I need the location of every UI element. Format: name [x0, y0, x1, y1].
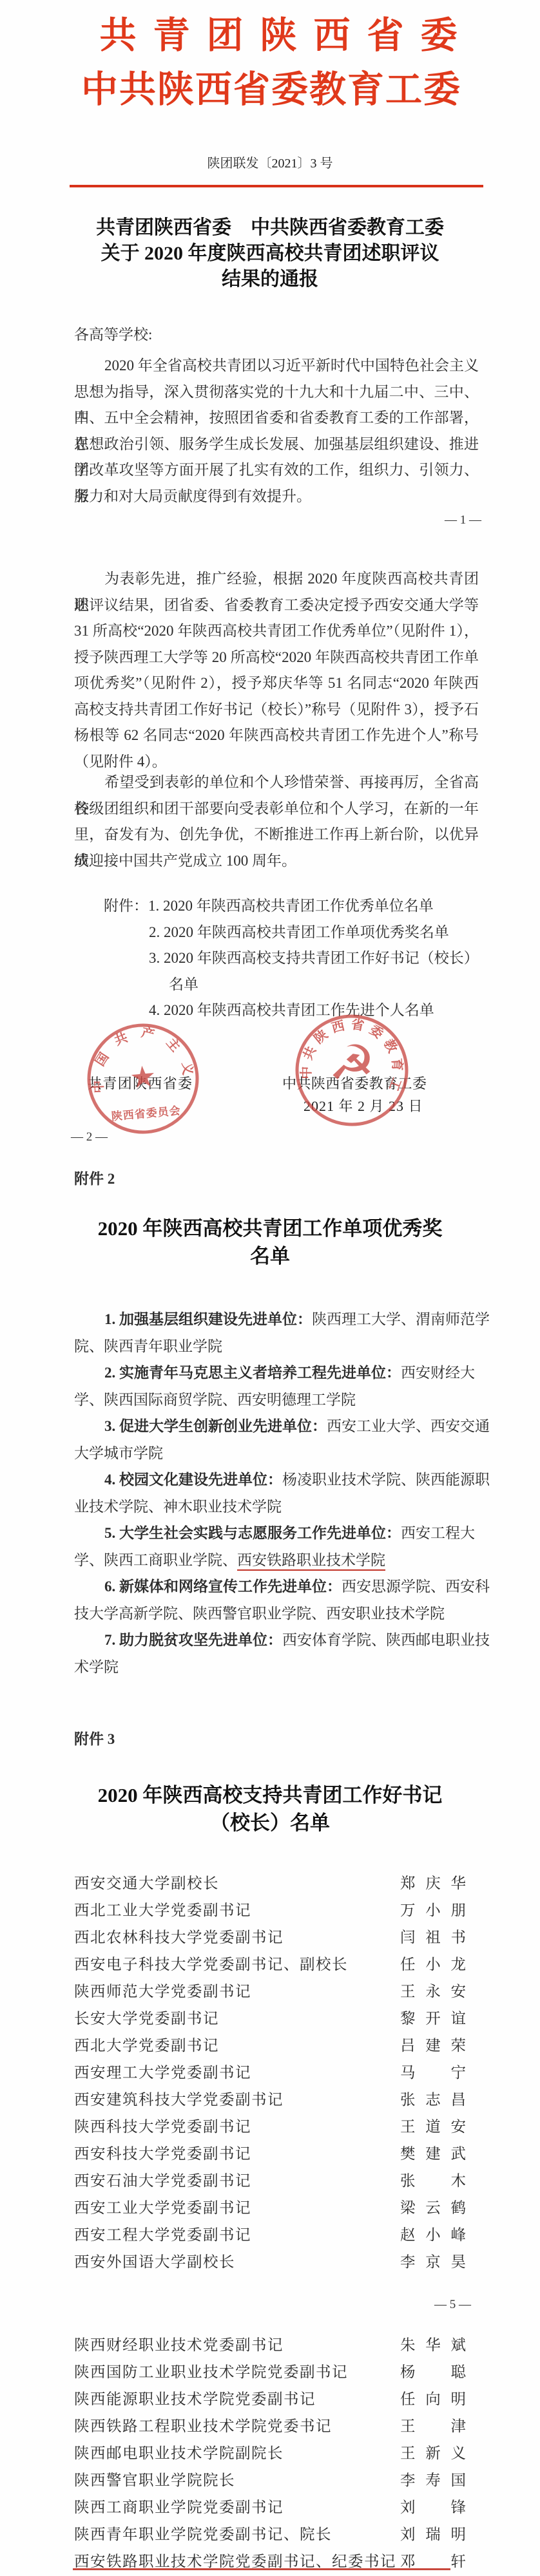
body-line: 各级团组织和团干部要向受表彰单位和个人学习，在新的一年 [74, 796, 479, 822]
school-names: 西安体育学院、陕西邮电职业技 [282, 1632, 490, 1648]
roster-position-title: 陕西青年职业学院党委副书记、院长 [74, 2521, 332, 2548]
notice-title-line1: 共青团陕西省委 中共陕西省委教育工委 [68, 215, 472, 241]
annex3-label: 附件 3 [74, 1730, 115, 1749]
roster-person-name: 刘 锋 [400, 2494, 466, 2521]
school-names: 学、陕西国际商贸学院、西安明德理工学院 [74, 1392, 356, 1408]
paragraph-3: 希望受到表彰的单位和个人珍惜荣誉、再接再厉，全省高校各级团组织和团干部要向受表彰… [74, 770, 479, 874]
roster-position-title: 陕西工商职业学院党委副书记 [74, 2494, 284, 2521]
roster-row: 西安交通大学副校长郑庆华 [74, 1870, 466, 1897]
roster-row: 陕西警官职业学院院长李寿国 [74, 2467, 466, 2494]
roster-position-title: 西安工程大学党委副书记 [74, 2222, 251, 2249]
body-line: 希望受到表彰的单位和个人珍惜荣誉、再接再厉，全省高校 [74, 770, 479, 796]
roster-row: 西安电子科技大学党委副书记、副校长任小龙 [74, 1951, 466, 1978]
roster-row: 西北工业大学党委副书记万小朋 [74, 1897, 466, 1924]
roster-row: 陕西铁路工程职业技术学院党委书记王 津 [74, 2413, 466, 2440]
roster-position-title: 长安大学党委副书记 [74, 2005, 219, 2032]
roster-row: 陕西工商职业学院党委副书记刘 锋 [74, 2494, 466, 2521]
notice-title-line3: 结果的通报 [68, 267, 472, 292]
roster-person-name: 郑庆华 [400, 1870, 466, 1897]
roster-position-title: 西北工业大学党委副书记 [74, 1897, 251, 1924]
roster-person-name: 黎开谊 [400, 2005, 466, 2032]
annex2-item-line: 4. 校园文化建设先进单位：杨凌职业技术学院、陕西能源职 [74, 1466, 479, 1493]
roster-position-title: 陕西师范大学党委副书记 [74, 1978, 251, 2005]
annex3-title-line2: （校长）名单 [68, 1809, 472, 1837]
annex2-item-line: 学、陕西国际商贸学院、西安明德理工学院 [74, 1387, 479, 1414]
body-line: 务力和对大局贡献度得到有效提升。 [74, 484, 479, 510]
body-line: 杨根等 62 名同志“2020 年陕西高校共青团工作先进个人”称号 [74, 723, 479, 749]
roster-row: 陕西财经职业技术党委副书记朱华斌 [74, 2332, 466, 2359]
body-line: 项优秀奖”（见附件 2），授予郑庆华等 51 名同志“2020 年陕西 [74, 670, 479, 697]
roster-row: 陕西青年职业学院党委副书记、院长刘瑞明 [74, 2521, 466, 2548]
roster-person-name: 李寿国 [400, 2467, 466, 2494]
roster-row: 西安理工大学党委副书记马 宁 [74, 2060, 466, 2087]
paragraph-1: 2020 年全省高校共青团以习近平新时代中国特色社会主义思想为指导，深入贯彻落实… [74, 353, 479, 509]
school-names: 西安财经大 [401, 1365, 475, 1381]
annex2-item-line: 院、陕西青年职业学院 [74, 1333, 479, 1360]
body-line: 31 所高校“2020 年陕西高校共青团工作优秀单位”（见附件 1）， [74, 618, 479, 645]
roster-person-name: 张 木 [400, 2168, 466, 2195]
award-category-label: 2. 实施青年马克思主义者培养工程先进单位： [104, 1365, 401, 1381]
annex2-item-line: 5. 大学生社会实践与志愿服务工作先进单位：西安工程大 [74, 1520, 479, 1547]
attachment-line: 3. 2020 年陕西高校支持共青团工作好书记（校长） [74, 945, 479, 972]
roster-row: 西安工业大学党委副书记梁云鹤 [74, 2195, 466, 2222]
roster-person-name: 任小龙 [400, 1951, 466, 1978]
letterhead-divider-rule [70, 185, 483, 187]
star-icon: ★ [128, 1058, 158, 1095]
seal-inner-text: 陕西省委员会 [111, 1104, 181, 1122]
roster-person-name: 王永安 [400, 1978, 466, 2005]
roster-row: 陕西国防工业职业技术学院党委副书记杨 聪 [74, 2359, 466, 2386]
roster-position-title: 陕西邮电职业技术学院副院长 [74, 2440, 284, 2467]
roster-person-name: 张志昌 [400, 2087, 466, 2114]
roster-row: 西安建筑科技大学党委副书记张志昌 [74, 2087, 466, 2114]
roster-person-name: 邓 轩 [400, 2548, 466, 2575]
roster-person-name: 梁云鹤 [400, 2195, 466, 2222]
roster-position-title: 西安外国语大学副校长 [74, 2249, 235, 2276]
roster-person-name: 王新义 [400, 2440, 466, 2467]
roster-person-name: 李京昊 [400, 2249, 466, 2276]
roster-position-title: 西北大学党委副书记 [74, 2032, 219, 2060]
roster-row: 西安外国语大学副校长李京昊 [74, 2249, 466, 2276]
roster-row: 西安工程大学党委副书记赵小峰 [74, 2222, 466, 2249]
page-marker-5: — 5 — [380, 2297, 471, 2313]
roster-person-name: 杨 聪 [400, 2359, 466, 2386]
roster-person-name: 朱华斌 [400, 2332, 466, 2359]
award-category-label: 5. 大学生社会实践与志愿服务工作先进单位： [104, 1525, 401, 1541]
annex2-item-line: 6. 新媒体和网络宣传工作先进单位：西安思源学院、西安科 [74, 1573, 479, 1600]
highlighted-school-name: 西安铁路职业技术学院 [237, 1552, 385, 1571]
annex3-title-line1: 2020 年陕西高校支持共青团工作好书记 [68, 1781, 472, 1809]
roster-person-name: 吕建荣 [400, 2032, 466, 2060]
school-names: 陕西理工大学、渭南师范学 [312, 1311, 490, 1327]
roster-position-title: 陕西能源职业技术学院党委副书记 [74, 2386, 316, 2413]
letterhead-org-line2: 中共陕西省委教育工委 [67, 68, 474, 112]
roster-person-name: 任向明 [400, 2386, 466, 2413]
education-committee-seal: 中共陕西省委教育工作委员会 ☭ [288, 1008, 415, 1133]
body-line: 绩迎接中国共产党成立 100 周年。 [74, 848, 479, 875]
roster-position-title: 陕西国防工业职业技术学院党委副书记 [74, 2359, 348, 2386]
roster-person-name: 王 津 [400, 2413, 466, 2440]
attachment-line: 名单 [74, 972, 479, 998]
red-underline-mark [73, 2568, 450, 2570]
roster-page5: 陕西财经职业技术党委副书记朱华斌陕西国防工业职业技术学院党委副书记杨 聪陕西能源… [74, 2332, 466, 2575]
school-names: 西安思源学院、西安科 [342, 1578, 490, 1595]
roster-position-title: 西安科技大学党委副书记 [74, 2141, 251, 2168]
roster-row: 陕西科技大学党委副书记王道安 [74, 2114, 466, 2141]
school-names: 技大学高新学院、陕西警官职业学院、西安职业技术学院 [74, 1605, 445, 1622]
school-names: 业技术学院、神木职业技术学院 [74, 1499, 282, 1515]
roster-position-title: 陕西铁路工程职业技术学院党委书记 [74, 2413, 332, 2440]
school-names: 大学城市学院 [74, 1445, 163, 1461]
roster-position-title: 西安石油大学党委副书记 [74, 2168, 251, 2195]
roster-position-title: 西安建筑科技大学党委副书记 [74, 2087, 284, 2114]
annex2-item-line: 大学城市学院 [74, 1440, 479, 1467]
annex2-title-line1: 2020 年陕西高校共青团工作单项优秀奖 [68, 1215, 472, 1242]
roster-row: 长安大学党委副书记黎开谊 [74, 2005, 466, 2032]
annex2-item-line: 2. 实施青年马克思主义者培养工程先进单位：西安财经大 [74, 1359, 479, 1387]
annex2-item-line: 7. 助力脱贫攻坚先进单位：西安体育学院、陕西邮电职业技 [74, 1627, 479, 1654]
annex2-item-line: 3. 促进大学生创新创业先进单位：西安工业大学、西安交通 [74, 1413, 479, 1440]
body-line: 思想为指导，深入贯彻落实党的十九大和十九届二中、三中、四 [74, 379, 479, 406]
attachment-line: 附件：1. 2020 年陕西高校共青团工作优秀单位名单 [74, 893, 479, 920]
annex2-item-line: 学、陕西工商职业学院、西安铁路职业技术学院 [74, 1547, 479, 1574]
annex2-item-line: 业技术学院、神木职业技术学院 [74, 1493, 479, 1520]
body-line: 2020 年全省高校共青团以习近平新时代中国特色社会主义 [74, 353, 479, 379]
roster-person-name: 万小朋 [400, 1897, 466, 1924]
document-number: 陕团联发〔2021〕3 号 [67, 155, 473, 173]
roster-row: 陕西师范大学党委副书记王永安 [74, 1978, 466, 2005]
roster-position-title: 西安交通大学副校长 [74, 1870, 219, 1897]
letterhead-org-line1: 共青团陕西省委 [67, 14, 490, 58]
paragraph-2: 为表彰先进，推广经验，根据 2020 年度陕西高校共青团述职评议结果，团省委、省… [74, 566, 479, 775]
annex2-title-line2: 名单 [68, 1242, 472, 1270]
body-line: 授予陕西理工大学等 20 所高校“2020 年陕西高校共青团工作单 [74, 645, 479, 671]
roster-position-title: 西安理工大学党委副书记 [74, 2060, 251, 2087]
body-line: 学改革攻坚等方面开展了扎实有效的工作，组织力、引领力、服 [74, 457, 479, 484]
annex2-label: 附件 2 [74, 1170, 115, 1189]
school-names: 院、陕西青年职业学院 [74, 1338, 222, 1354]
attachments-list: 附件：1. 2020 年陕西高校共青团工作优秀单位名单2. 2020 年陕西高校… [74, 893, 479, 1024]
award-category-label: 6. 新媒体和网络宣传工作先进单位： [104, 1578, 342, 1595]
roster-page4: 西安交通大学副校长郑庆华西北工业大学党委副书记万小朋西北农林科技大学党委副书记闫… [74, 1870, 466, 2276]
salutation: 各高等学校: [74, 325, 152, 345]
school-names: 西安工程大 [401, 1525, 475, 1541]
school-names: 杨凌职业技术学院、陕西能源职 [282, 1472, 490, 1488]
school-names: 学、陕西工商职业学院、 [74, 1552, 237, 1568]
roster-row: 陕西邮电职业技术学院副院长王新义 [74, 2440, 466, 2467]
roster-row: 西安石油大学党委副书记张 木 [74, 2168, 466, 2195]
annex2-item-line: 技大学高新学院、陕西警官职业学院、西安职业技术学院 [74, 1600, 479, 1627]
youth-league-seal: 中国共产主义青年团 ★ 陕西省委员会 [81, 1018, 205, 1140]
award-category-label: 4. 校园文化建设先进单位： [104, 1472, 282, 1488]
body-line: 中、五中全会精神，按照团省委和省委教育工委的工作部署，在 [74, 405, 479, 431]
roster-person-name: 刘瑞明 [400, 2521, 466, 2548]
roster-position-title: 西北农林科技大学党委副书记 [74, 1924, 284, 1951]
annex2-item-line: 1. 加强基层组织建设先进单位：陕西理工大学、渭南师范学 [74, 1306, 479, 1333]
roster-row: 西北大学党委副书记吕建荣 [74, 2032, 466, 2060]
school-names: 术学院 [74, 1659, 119, 1675]
roster-position-title: 西安电子科技大学党委副书记、副校长 [74, 1951, 348, 1978]
award-category-label: 7. 助力脱贫攻坚先进单位： [104, 1632, 282, 1648]
roster-position-title: 西安铁路职业技术学院党委副书记、纪委书记 [74, 2548, 396, 2575]
roster-position-title: 西安工业大学党委副书记 [74, 2195, 251, 2222]
notice-title-line2: 关于 2020 年度陕西高校共青团述职评议 [68, 241, 472, 267]
award-category-label: 3. 促进大学生创新创业先进单位： [104, 1418, 327, 1434]
school-names: 西安工业大学、西安交通 [327, 1418, 490, 1434]
body-line: 为表彰先进，推广经验，根据 2020 年度陕西高校共青团述 [74, 566, 479, 592]
body-line: 职评议结果，团省委、省委教育工委决定授予西安交通大学等 [74, 592, 479, 619]
document-page: 共青团陕西省委 中共陕西省委教育工委 陕团联发〔2021〕3 号 共青团陕西省委… [0, 0, 540, 2576]
roster-row: 西安科技大学党委副书记樊建武 [74, 2141, 466, 2168]
page-marker-1: — 1 — [387, 512, 481, 528]
attachment-line: 4. 2020 年陕西高校共青团工作先进个人名单 [74, 998, 479, 1024]
annex2-items: 1. 加强基层组织建设先进单位：陕西理工大学、渭南师范学院、陕西青年职业学院2.… [74, 1306, 479, 1680]
roster-position-title: 陕西财经职业技术党委副书记 [74, 2332, 284, 2359]
hammer-sickle-icon: ☭ [327, 1033, 378, 1095]
body-line: 思想政治引领、服务学生成长发展、加强基层组织建设、推进团 [74, 431, 479, 458]
roster-row: 西安铁路职业技术学院党委副书记、纪委书记邓 轩 [74, 2548, 466, 2575]
roster-person-name: 樊建武 [400, 2141, 466, 2168]
body-line: 高校支持共青团工作好书记（校长）”称号（见附件 3），授予石 [74, 697, 479, 723]
roster-person-name: 王道安 [400, 2114, 466, 2141]
roster-position-title: 陕西警官职业学院院长 [74, 2467, 235, 2494]
award-category-label: 1. 加强基层组织建设先进单位： [104, 1311, 312, 1327]
roster-position-title: 陕西科技大学党委副书记 [74, 2114, 251, 2141]
attachment-line: 2. 2020 年陕西高校共青团工作单项优秀奖名单 [74, 920, 479, 946]
roster-person-name: 赵小峰 [400, 2222, 466, 2249]
roster-row: 西北农林科技大学党委副书记闫祖书 [74, 1924, 466, 1951]
roster-person-name: 马 宁 [400, 2060, 466, 2087]
body-line: 里，奋发有为、创先争优，不断推进工作再上新台阶，以优异成 [74, 822, 479, 848]
roster-person-name: 闫祖书 [400, 1924, 466, 1951]
roster-row: 陕西能源职业技术学院党委副书记任向明 [74, 2386, 466, 2413]
annex2-item-line: 术学院 [74, 1654, 479, 1681]
